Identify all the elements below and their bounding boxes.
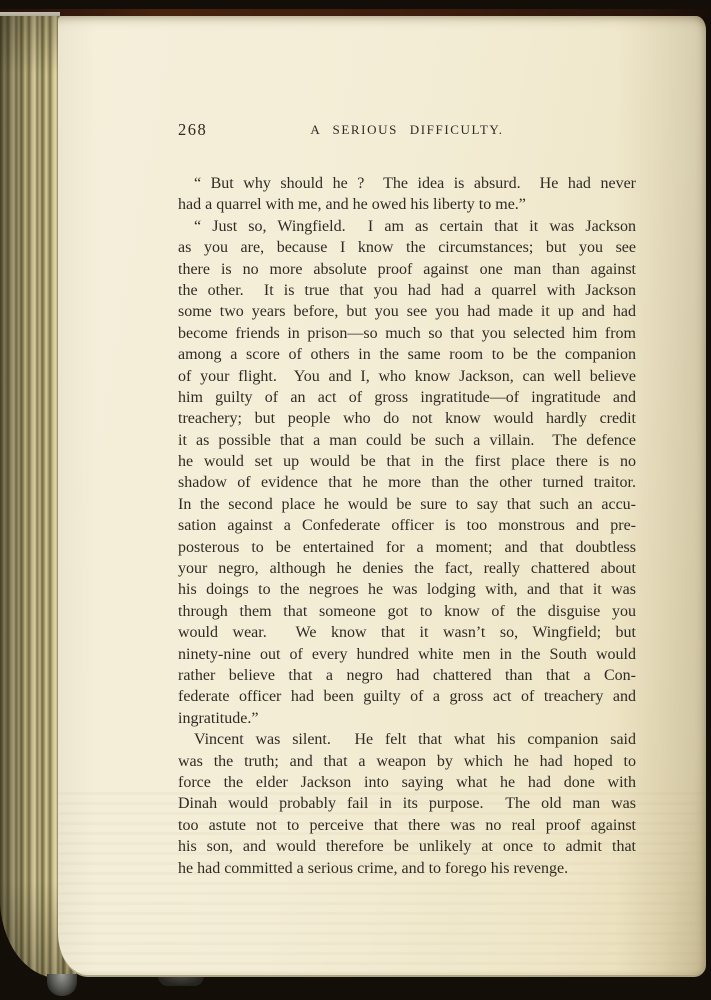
text-line: In the second place he would be sure to …: [178, 494, 636, 515]
text-line: would wear. We know that it wasn’t so, W…: [178, 622, 636, 643]
text-line: him guilty of an act of gross ingratitud…: [178, 387, 636, 408]
text-line: shadow of evidence that he more than the…: [178, 472, 636, 493]
book-support: [47, 974, 77, 996]
text-line: Vincent was silent. He felt that what hi…: [178, 729, 636, 750]
text-line: the other. It is true that you had had a…: [178, 280, 636, 301]
paragraph: “ But why should he ? The idea is absurd…: [178, 173, 636, 216]
text-line: posterous to be entertained for a moment…: [178, 537, 636, 558]
running-head: A SERIOUS DIFFICULTY.: [178, 120, 636, 138]
text-line: Dinah would probably fail in its purpose…: [178, 793, 636, 814]
text-line: as you are, because I know the circumsta…: [178, 237, 636, 258]
text-line: treachery; but people who do not know wo…: [178, 408, 636, 429]
text-line: your negro, although he denies the fact,…: [178, 558, 636, 579]
text-line: it as possible that a man could be such …: [178, 430, 636, 451]
text-line: ninety-nine out of every hundred white m…: [178, 644, 636, 665]
text-line: sation against a Confederate officer is …: [178, 515, 636, 536]
text-line: there is no more absolute proof against …: [178, 259, 636, 280]
text-line: ingratitude.”: [178, 708, 636, 729]
text-line: he would set up would be that in the fir…: [178, 451, 636, 472]
page-number: 268: [178, 120, 207, 140]
text-line: federate officer had been guilty of a gr…: [178, 686, 636, 707]
printed-content: 268 A SERIOUS DIFFICULTY. “ But why shou…: [178, 120, 636, 879]
text-line: through them that someone got to know of…: [178, 601, 636, 622]
text-line: “ Just so, Wingfield. I am as certain th…: [178, 216, 636, 237]
text-line: rather believe that a negro had chattere…: [178, 665, 636, 686]
text-line: he had committed a serious crime, and to…: [178, 858, 636, 879]
text-line: “ But why should he ? The idea is absurd…: [178, 173, 636, 194]
text-line: too astute not to perceive that there wa…: [178, 815, 636, 836]
book-page: 268 A SERIOUS DIFFICULTY. “ But why shou…: [58, 16, 706, 977]
paragraph: Vincent was silent. He felt that what hi…: [178, 729, 636, 879]
page-header: 268 A SERIOUS DIFFICULTY.: [178, 120, 636, 140]
book-photo: 268 A SERIOUS DIFFICULTY. “ But why shou…: [0, 0, 711, 1000]
page-body: “ But why should he ? The idea is absurd…: [178, 173, 636, 879]
text-line: force the elder Jackson into saying what…: [178, 772, 636, 793]
text-line: become friends in prison—so much so that…: [178, 323, 636, 344]
text-line: was the truth; and that a weapon by whic…: [178, 751, 636, 772]
text-line: had a quarrel with me, and he owed his l…: [178, 194, 636, 215]
text-line: some two years before, but you see you h…: [178, 301, 636, 322]
text-line: among a score of others in the same room…: [178, 344, 636, 365]
text-line: his son, and would therefore be unlikely…: [178, 836, 636, 857]
text-line: of your flight. You and I, who know Jack…: [178, 366, 636, 387]
paragraph: “ Just so, Wingfield. I am as certain th…: [178, 216, 636, 729]
text-line: his doings to the negroes he was lodging…: [178, 579, 636, 600]
